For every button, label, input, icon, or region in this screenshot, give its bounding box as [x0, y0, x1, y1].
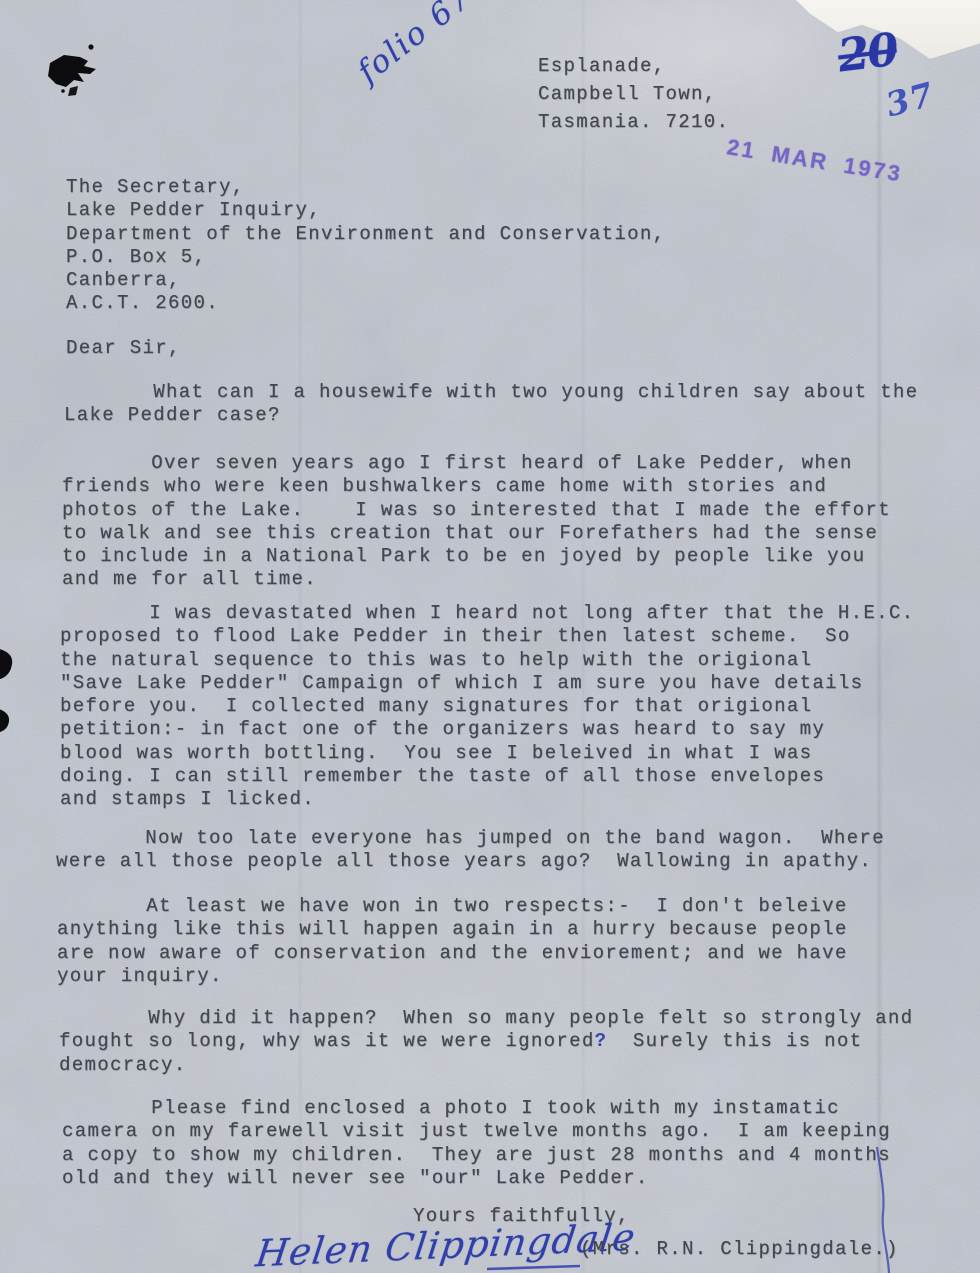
paragraph-6: Why did it happen? When so many people f…: [59, 1007, 913, 1077]
paragraph-3: I was devastated when I heard not long a…: [60, 602, 914, 812]
paragraph-2: Over seven years ago I first heard of La…: [62, 452, 891, 592]
sender-address: Esplanade, Campbell Town, Tasmania. 7210…: [538, 52, 729, 136]
handwritten-question-mark: ?: [595, 1030, 608, 1052]
typed-signature-name: (Mrs. R.N. Clippingdale.): [580, 1238, 899, 1261]
signature-underline: [487, 1266, 580, 1269]
folio-annotation: folio 67: [351, 0, 479, 90]
received-date-stamp: 21 MAR 1973: [725, 134, 904, 187]
recipient-address: The Secretary, Lake Pedder Inquiry, Depa…: [66, 176, 665, 316]
ink-blot: [48, 44, 96, 96]
paragraph-7: Please find enclosed a photo I took with…: [62, 1097, 891, 1190]
page-number-annotation: 37: [882, 74, 938, 124]
crossed-out-number: 20: [835, 23, 900, 83]
scanned-letter-page: folio 67 20 37 21 MAR 1973 Esplanade, Ca…: [0, 0, 980, 1273]
salutation: Dear Sir,: [66, 337, 181, 360]
paragraph-5: At least we have won in two respects:- I…: [57, 895, 848, 988]
paragraph-4: Now too late everyone has jumped on the …: [56, 827, 885, 874]
margin-ink-marks: [0, 648, 12, 733]
paragraph-1: What can I a housewife with two young ch…: [64, 381, 918, 428]
